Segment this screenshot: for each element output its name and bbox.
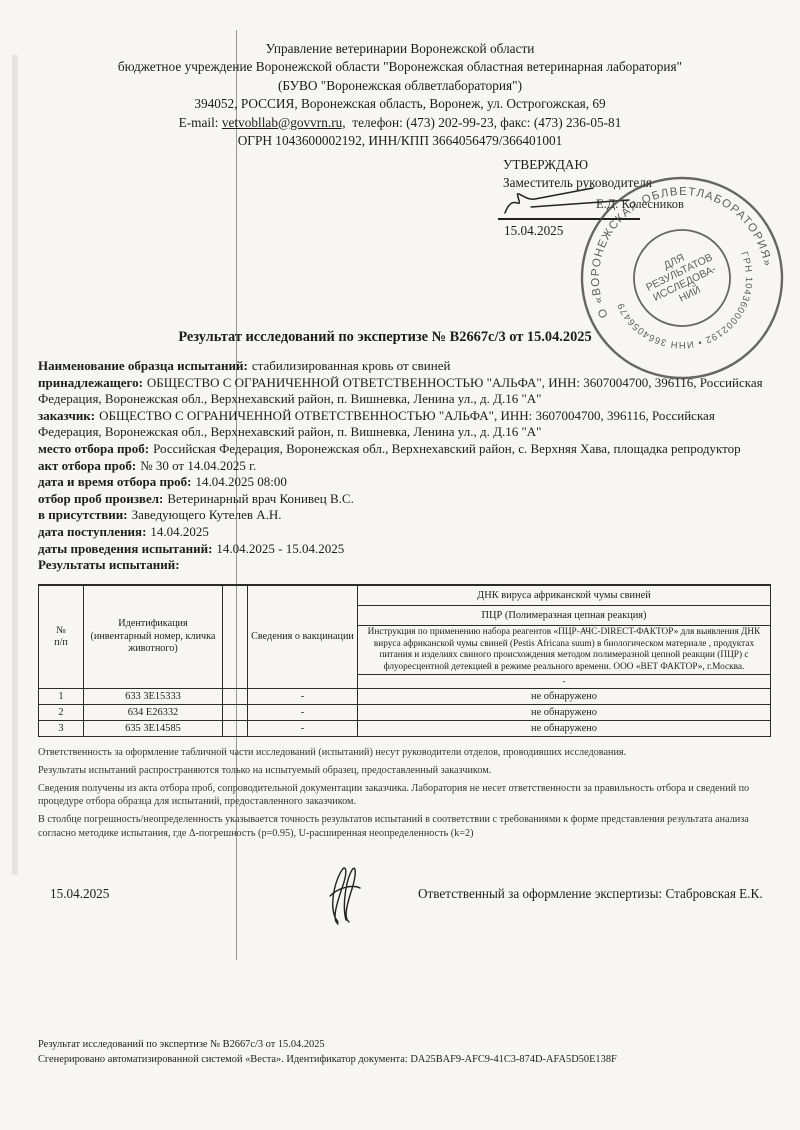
row-id: 633 3E15333 xyxy=(84,689,223,705)
detail-label: принадлежащего: xyxy=(38,375,143,390)
phone-fax: телефон: (473) 202-99-23, факс: (473) 23… xyxy=(352,115,621,130)
footnote: Результаты испытаний распространяются то… xyxy=(38,764,774,778)
footer-expertise-ref: Результат исследований по экспертизе № В… xyxy=(38,1037,778,1052)
detail-testing-dates: даты проведения испытаний:14.04.2025 - 1… xyxy=(38,541,774,558)
org-address: 394052, РОССИЯ, Воронежская область, Вор… xyxy=(45,95,755,113)
document-title: Результат исследований по экспертизе № В… xyxy=(0,329,770,346)
result-header-method: ПЦР (Полимеразная цепная реакция) xyxy=(358,606,771,626)
email-label: E-mail: xyxy=(179,115,219,130)
detail-sampling-act: акт отбора проб:№ 30 от 14.04.2025 г. xyxy=(38,458,774,475)
result-header-unit: - xyxy=(358,675,771,689)
detail-witness: в присутствии:Заведующего Кутелев А.Н. xyxy=(38,507,774,524)
footer-generated-by: Сгенерировано автоматизированной системо… xyxy=(38,1052,778,1067)
scanned-document-page: Управление ветеринарии Воронежской облас… xyxy=(0,0,800,1130)
col-num-line2: п/п xyxy=(42,637,80,650)
footnote: В столбце погрешность/неопределенность у… xyxy=(38,813,774,841)
row-empty xyxy=(223,689,248,705)
detail-value: ОБЩЕСТВО С ОГРАНИЧЕННОЙ ОТВЕТСТВЕННОСТЬЮ… xyxy=(38,375,763,407)
col-header-identification: Идентификация (инвентарный номер, кличка… xyxy=(84,585,223,689)
row-vaccination: - xyxy=(248,705,358,721)
footnote: Сведения получены из акта отбора проб, с… xyxy=(38,782,774,810)
detail-label: дата поступления: xyxy=(38,524,146,539)
footnotes: Ответственность за оформление табличной … xyxy=(38,746,774,845)
col-header-empty xyxy=(223,585,248,689)
detail-label: даты проведения испытаний: xyxy=(38,541,212,556)
org-ogrn-inn: ОГРН 1043600002192, ИНН/КПП 3664056479/3… xyxy=(45,132,755,150)
detail-sampling-datetime: дата и время отбора проб:14.04.2025 08:0… xyxy=(38,474,774,491)
row-vaccination: - xyxy=(248,721,358,737)
detail-value: Заведующего Кутелев А.Н. xyxy=(132,507,282,522)
row-empty xyxy=(223,705,248,721)
detail-sample-name: Наименование образца испытаний:стабилизи… xyxy=(38,358,774,375)
detail-value: 14.04.2025 08:00 xyxy=(196,474,287,489)
letterhead: Управление ветеринарии Воронежской облас… xyxy=(45,40,755,150)
detail-label: место отбора проб: xyxy=(38,441,149,456)
org-short-name: (БУВО "Воронежская облветлаборатория") xyxy=(45,77,755,95)
responsible-person: Ответственный за оформление экспертизы: … xyxy=(418,886,763,902)
detail-value: Ветеринарный врач Конивец В.С. xyxy=(167,491,353,506)
sample-details: Наименование образца испытаний:стабилизи… xyxy=(38,358,774,574)
document-footer: Результат исследований по экспертизе № В… xyxy=(38,1037,778,1067)
footnote: Ответственность за оформление табличной … xyxy=(38,746,774,760)
detail-value: стабилизированная кровь от свиней xyxy=(252,358,451,373)
detail-label: Результаты испытаний: xyxy=(38,557,180,572)
email-link: vetvobllab@govvrn.ru, xyxy=(222,115,346,130)
detail-received-date: дата поступления:14.04.2025 xyxy=(38,524,774,541)
row-vaccination: - xyxy=(248,689,358,705)
detail-value: Российская Федерация, Воронежская обл., … xyxy=(153,441,741,456)
detail-label: отбор проб произвел: xyxy=(38,491,163,506)
detail-results-heading: Результаты испытаний: xyxy=(38,557,774,574)
table-row: 2 634 E26332 - не обнаружено xyxy=(39,705,771,721)
row-result: не обнаружено xyxy=(358,721,771,737)
detail-label: акт отбора проб: xyxy=(38,458,136,473)
row-result: не обнаружено xyxy=(358,689,771,705)
detail-label: дата и время отбора проб: xyxy=(38,474,192,489)
detail-owner: принадлежащего:ОБЩЕСТВО С ОГРАНИЧЕННОЙ О… xyxy=(38,375,774,408)
detail-sampler: отбор проб произвел:Ветеринарный врач Ко… xyxy=(38,491,774,508)
detail-label: заказчик: xyxy=(38,408,95,423)
result-header-instruction: Инструкция по применению набора реагенто… xyxy=(358,626,771,675)
row-num: 2 xyxy=(39,705,84,721)
detail-label: в присутствии: xyxy=(38,507,128,522)
detail-value: ОБЩЕСТВО С ОГРАНИЧЕННОЙ ОТВЕТСТВЕННОСТЬЮ… xyxy=(38,408,715,440)
col-header-num: № п/п xyxy=(39,585,84,689)
org-name: бюджетное учреждение Воронежской области… xyxy=(45,58,755,76)
detail-customer: заказчик:ОБЩЕСТВО С ОГРАНИЧЕННОЙ ОТВЕТСТ… xyxy=(38,408,774,441)
detail-sampling-place: место отбора проб:Российская Федерация, … xyxy=(38,441,774,458)
responsible-signature xyxy=(308,862,368,928)
row-num: 1 xyxy=(39,689,84,705)
results-table: № п/п Идентификация (инвентарный номер, … xyxy=(38,584,771,737)
scan-edge-shadow xyxy=(12,55,18,875)
row-result: не обнаружено xyxy=(358,705,771,721)
org-contacts: E-mail: vetvobllab@govvrn.ru, телефон: (… xyxy=(45,114,755,132)
table-row: 1 633 3E15333 - не обнаружено xyxy=(39,689,771,705)
col-header-vaccination: Сведения о вакцинации xyxy=(248,585,358,689)
row-empty xyxy=(223,721,248,737)
result-header-analyte: ДНК вируса африканской чумы свиней xyxy=(358,585,771,606)
detail-value: 14.04.2025 - 15.04.2025 xyxy=(216,541,344,556)
row-num: 3 xyxy=(39,721,84,737)
detail-value: № 30 от 14.04.2025 г. xyxy=(140,458,256,473)
table-row: 3 635 3E14585 - не обнаружено xyxy=(39,721,771,737)
detail-label: Наименование образца испытаний: xyxy=(38,358,248,373)
org-authority: Управление ветеринарии Воронежской облас… xyxy=(45,40,755,58)
row-id: 634 E26332 xyxy=(84,705,223,721)
detail-value: 14.04.2025 xyxy=(150,524,209,539)
row-id: 635 3E14585 xyxy=(84,721,223,737)
col-num-line1: № xyxy=(42,625,80,638)
signoff-date: 15.04.2025 xyxy=(50,886,109,902)
